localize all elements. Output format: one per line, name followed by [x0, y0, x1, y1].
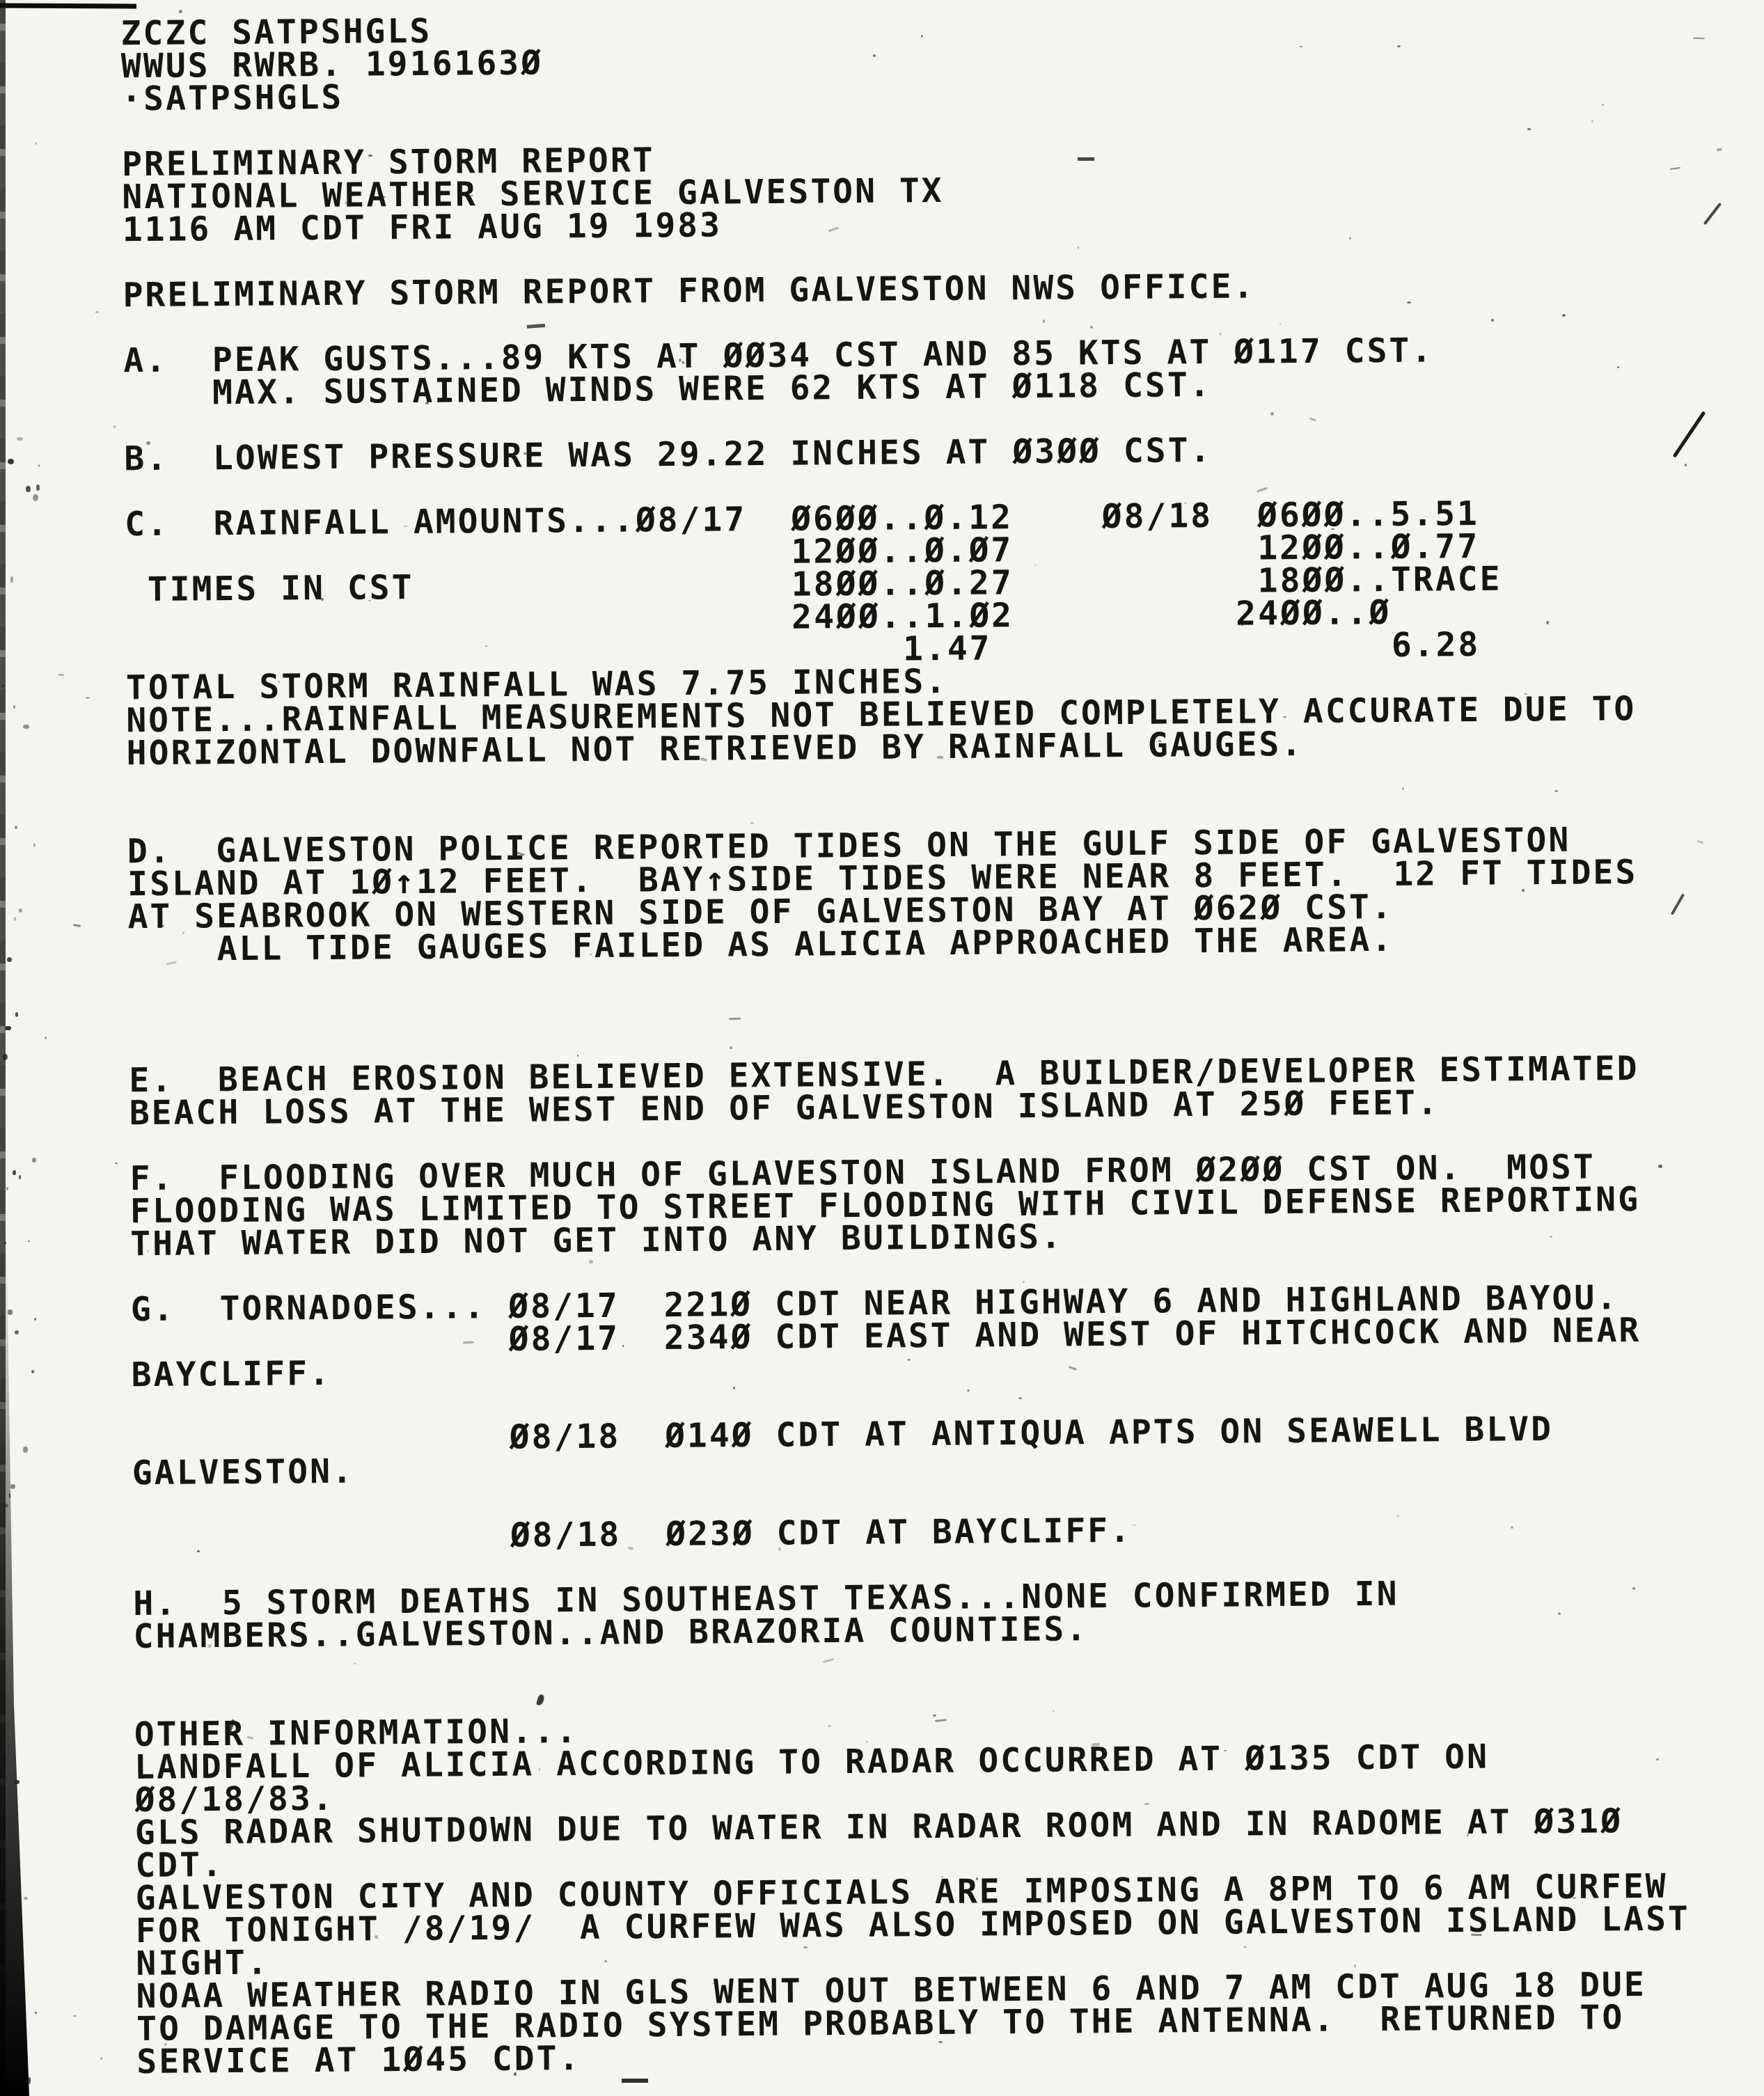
stray-dash-mark — [622, 2079, 648, 2083]
scanned-storm-report-page: ZCZC SATPSHGLS WWUS RWRB. 1916163Ø ·SATP… — [0, 0, 1764, 2096]
report-text: ZCZC SATPSHGLS WWUS RWRB. 1916163Ø ·SATP… — [120, 5, 1758, 2079]
scan-top-line — [0, 3, 136, 9]
scan-left-edge-shadow — [0, 1226, 29, 2096]
